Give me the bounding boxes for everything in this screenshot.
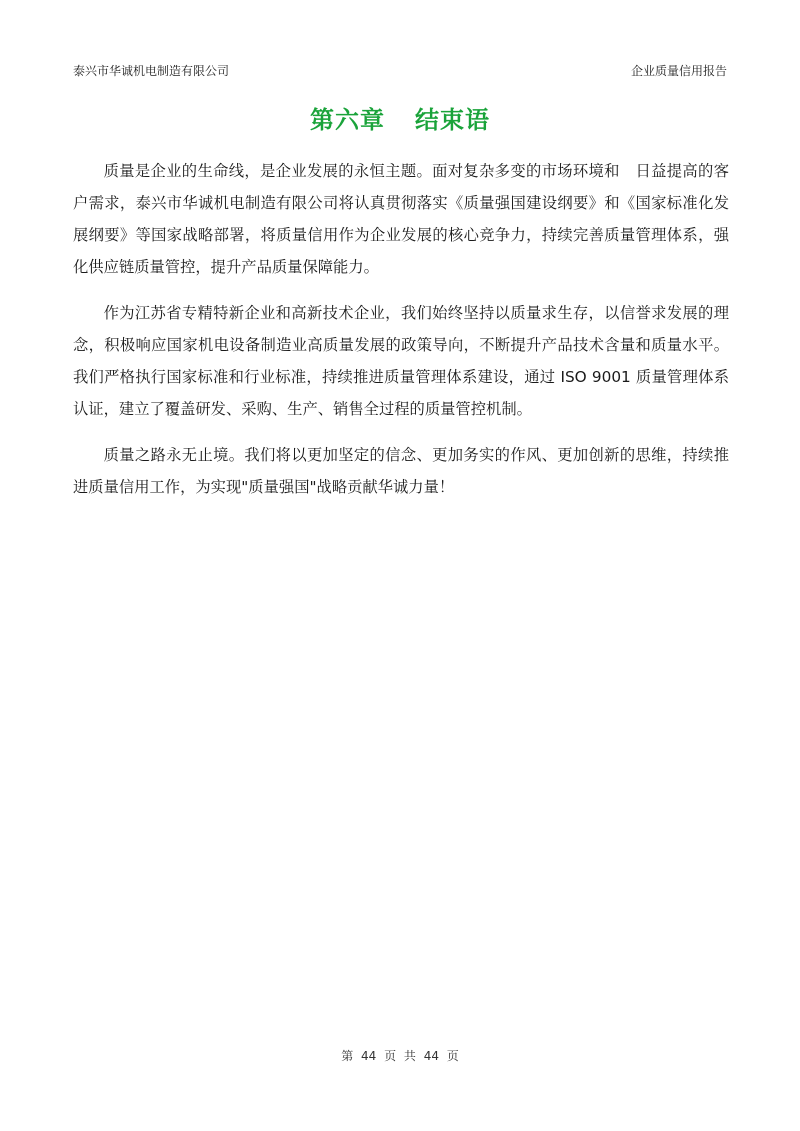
chapter-number: 第六章 — [310, 106, 385, 134]
page-header: 泰兴市华诚机电制造有限公司 企业质量信用报告 — [73, 62, 727, 78]
header-report-title: 企业质量信用报告 — [631, 62, 727, 79]
page-number: 第 44 页 共 44 页 — [0, 1047, 800, 1064]
chapter-title: 结束语 — [415, 106, 490, 134]
paragraph-1: 质量是企业的生命线，是企业发展的永恒主题。面对复杂多变的市场环境和 日益提高的客… — [73, 155, 729, 283]
chapter-heading: 第六章结束语 — [0, 100, 800, 135]
paragraph-2: 作为江苏省专精特新企业和高新技术企业，我们始终坚持以质量求生存，以信誉求发展的理… — [73, 297, 729, 425]
document-body: 质量是企业的生命线，是企业发展的永恒主题。面对复杂多变的市场环境和 日益提高的客… — [73, 155, 729, 517]
header-company-name: 泰兴市华诚机电制造有限公司 — [73, 62, 229, 79]
paragraph-3: 质量之路永无止境。我们将以更加坚定的信念、更加务实的作风、更加创新的思维，持续推… — [73, 439, 729, 503]
